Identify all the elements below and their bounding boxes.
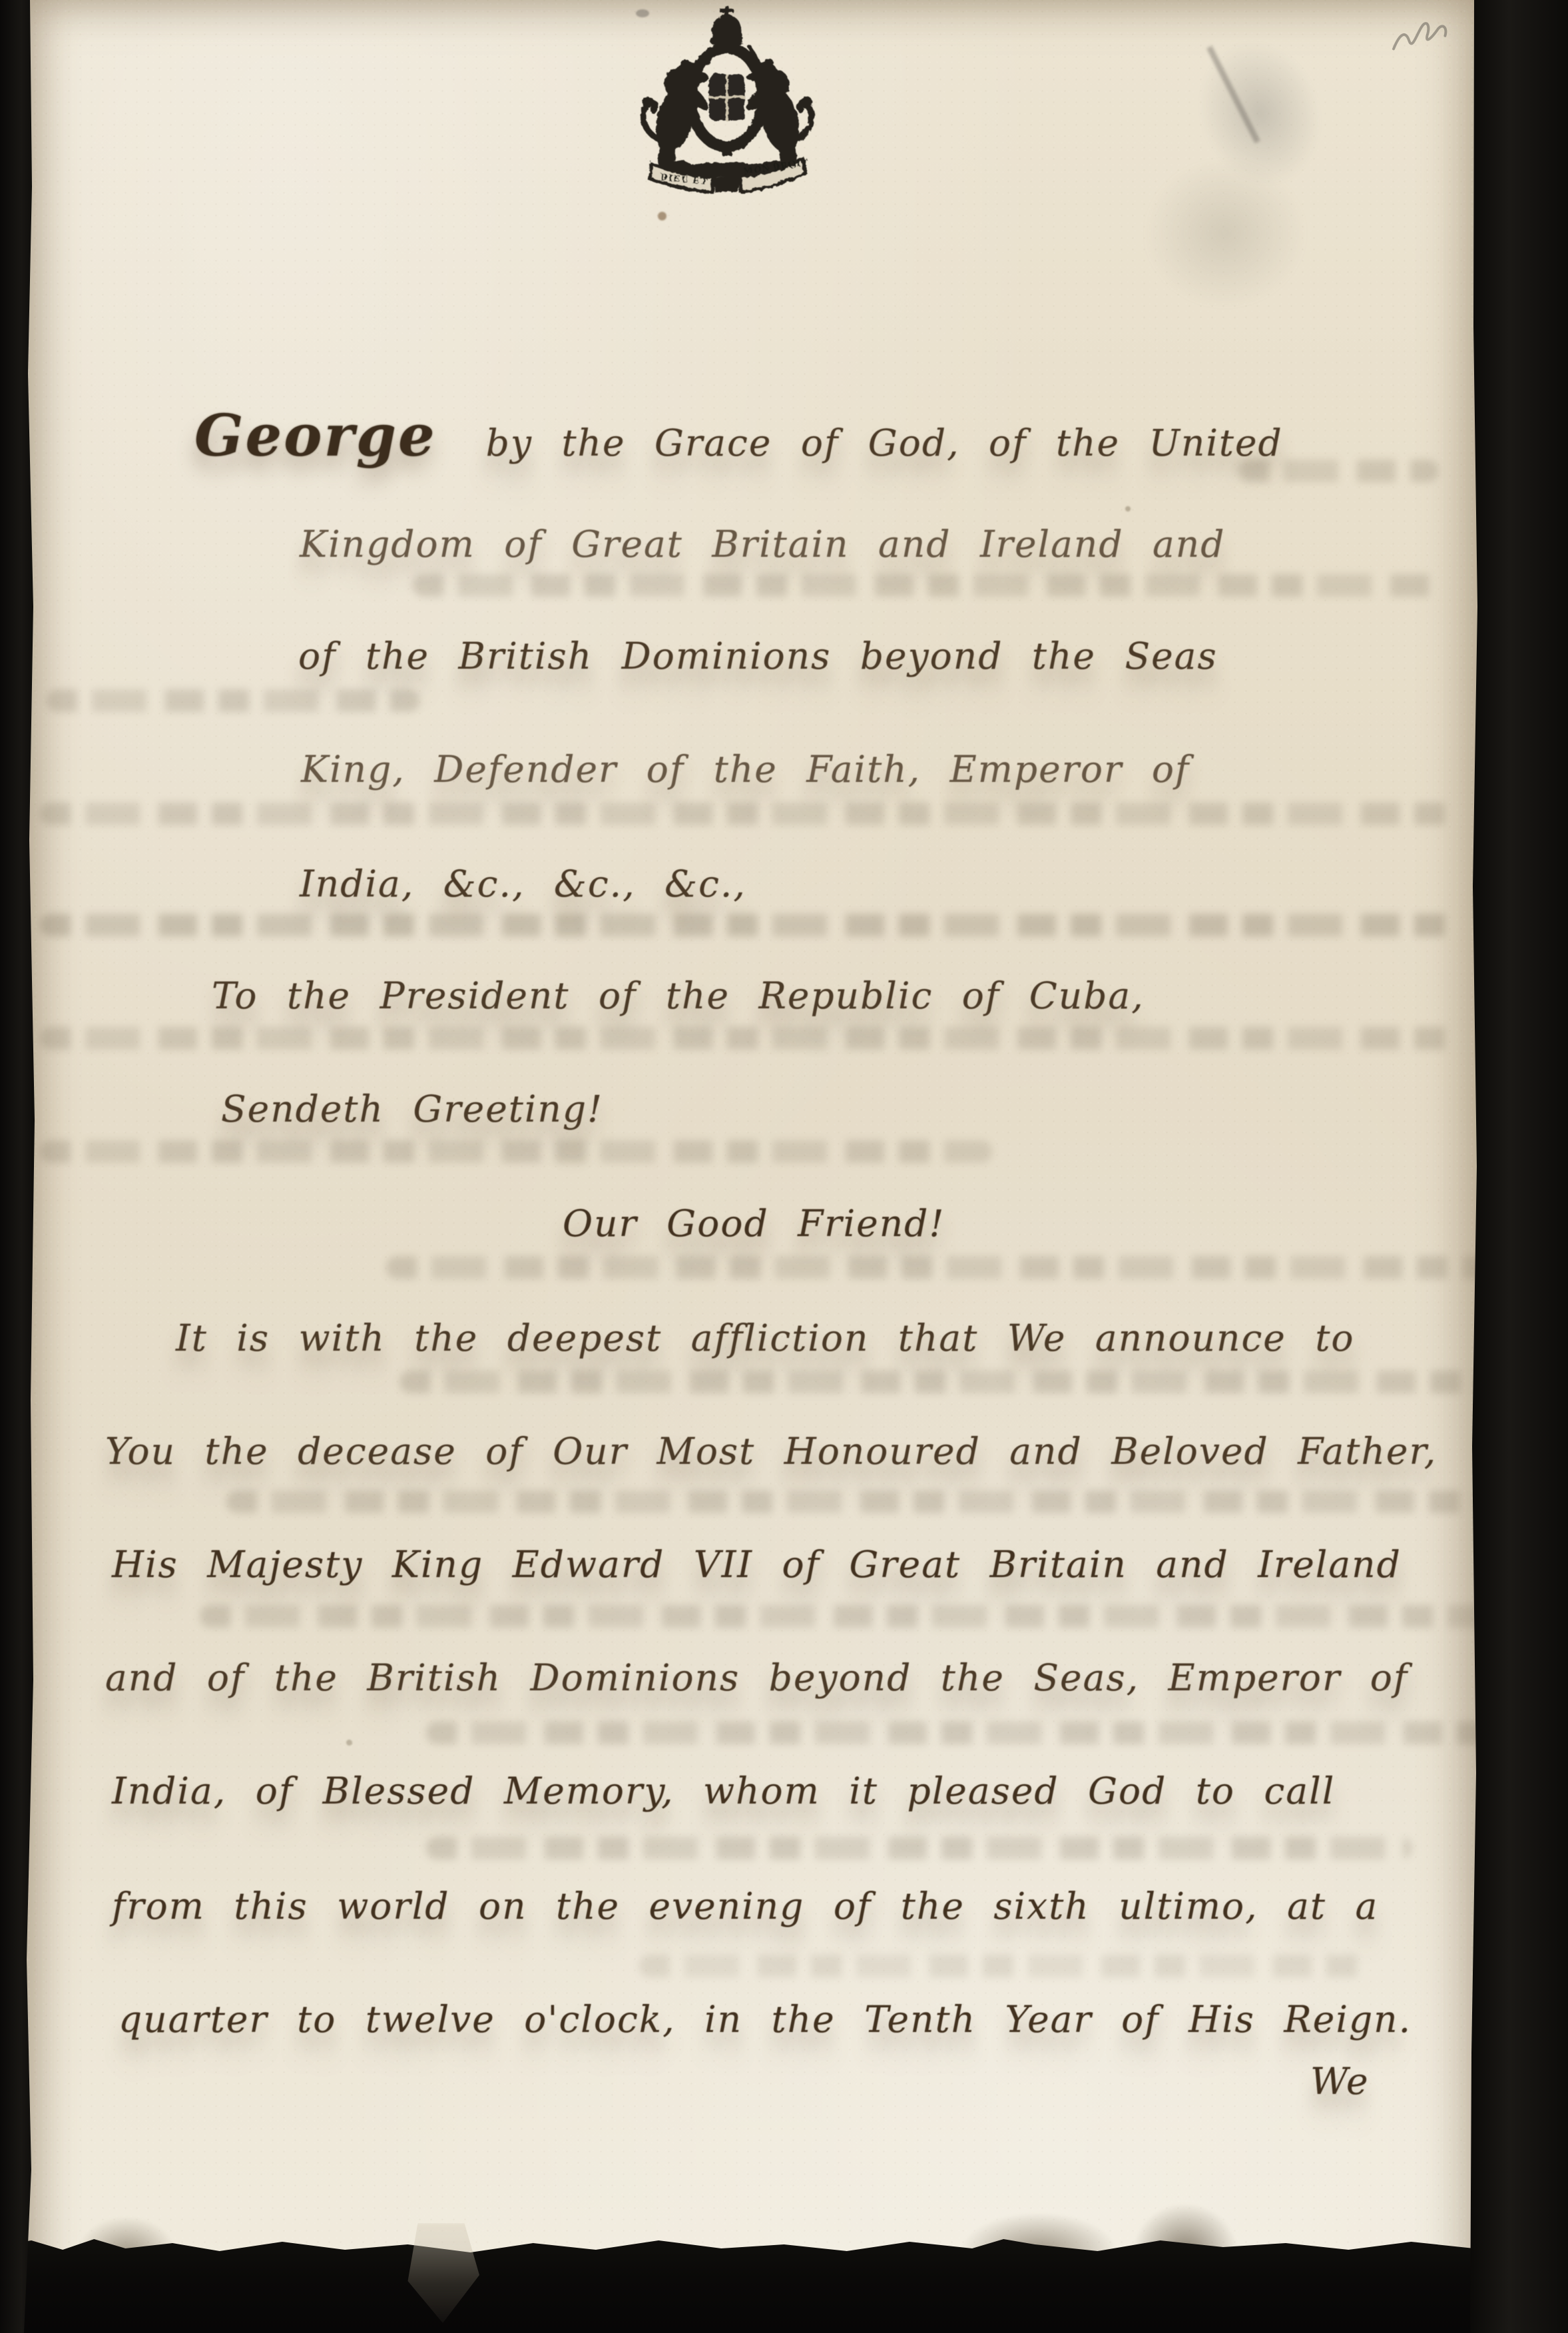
letter-line: To the President of the Republic of Cuba… <box>212 978 1145 1014</box>
crest-crown-icon <box>711 6 743 45</box>
letter-line: It is with the deepest affliction that W… <box>176 1320 1355 1357</box>
letter-line: of the British Dominions beyond the Seas <box>298 638 1218 675</box>
opening-word: George <box>194 408 437 465</box>
letter-line: India, &c., &c., &c., <box>300 866 746 902</box>
letter-line: Sendeth Greeting! <box>221 1091 603 1128</box>
opening-rest: by the Grace of God, of the United <box>486 425 1283 462</box>
letter-line: India, of Blessed Memory, whom it please… <box>112 1773 1335 1810</box>
ink-speck <box>346 1740 352 1746</box>
crest-lion-icon <box>643 59 712 175</box>
letter-line: Kingdom of Great Britain and Ireland and <box>300 526 1225 563</box>
scan-border-right <box>1470 0 1568 2333</box>
pencil-mark-icon <box>1388 8 1467 65</box>
paper-sheet <box>25 0 1478 2333</box>
royal-coat-of-arms: DIEU ET MON DROIT <box>613 5 842 194</box>
letter-line: Our Good Friend! <box>563 1205 945 1242</box>
scanned-letter-page: DIEU ET MON DROIT George by the Grace of… <box>0 0 1568 2333</box>
ink-speck <box>658 212 666 220</box>
letter-line: quarter to twelve o'clock, in the Tenth … <box>119 2001 1412 2038</box>
letter-line: and of the British Dominions beyond the … <box>105 1660 1408 1696</box>
catchword: We <box>1310 2063 1370 2100</box>
letter-line: King, Defender of the Faith, Emperor of <box>301 751 1190 788</box>
letter-line: from this world on the evening of the si… <box>112 1888 1378 1925</box>
ink-speck <box>1125 506 1131 511</box>
letter-line: His Majesty King Edward VII of Great Bri… <box>112 1546 1402 1583</box>
letter-line: You the decease of Our Most Honoured and… <box>105 1433 1437 1470</box>
letter-opening-line: George by the Grace of God, of the Unite… <box>194 408 1283 465</box>
